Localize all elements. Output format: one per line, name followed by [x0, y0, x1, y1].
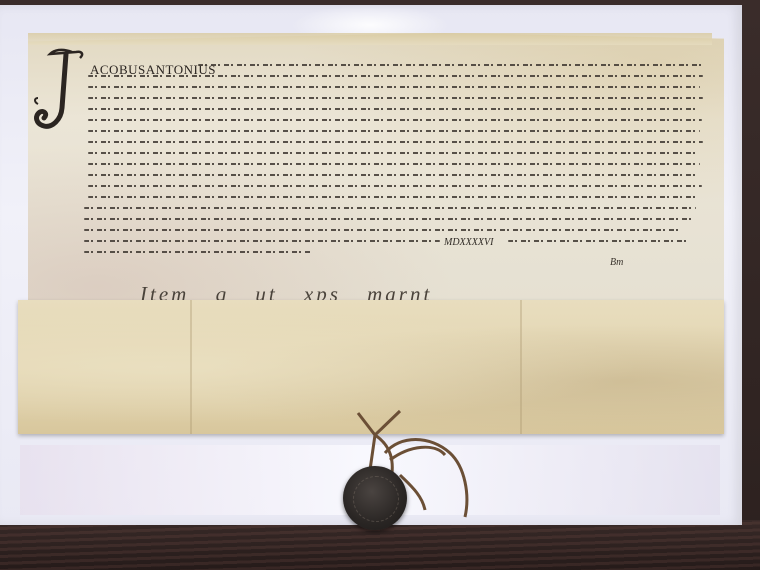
top-edge-fold: [28, 33, 712, 45]
decorated-initial-icon: [32, 46, 86, 130]
photo-scene: ACOBUSANTONIUS MDXXXXVI Bm Item q ut xps…: [0, 0, 760, 570]
dating-numerals: MDXXXXVI: [444, 237, 493, 248]
fold-crease: [520, 300, 522, 434]
wax-seal: [343, 466, 407, 530]
seal-impression: [353, 476, 399, 522]
closing-mark: Bm: [610, 257, 623, 268]
fold-crease: [190, 300, 192, 434]
